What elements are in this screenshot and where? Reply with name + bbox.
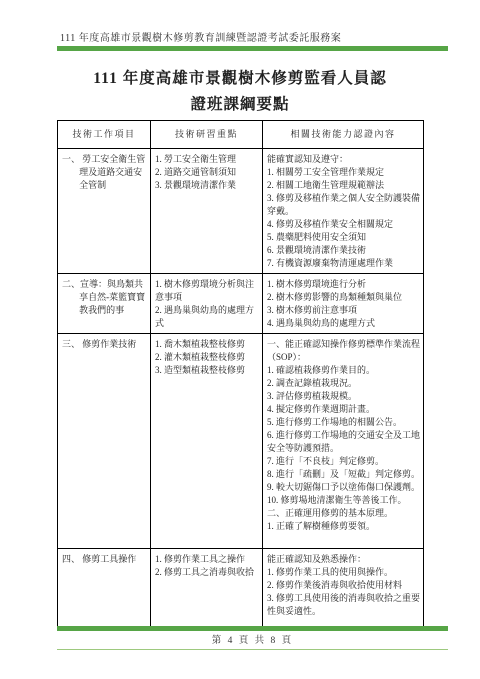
- table-row: 三、 修剪作業技術 1. 喬木類植栽整枝修剪 2. 灌木類植栽整枝修剪 3. 造…: [58, 334, 424, 549]
- header-accent-bar: [57, 46, 448, 51]
- page-title-line2: 證班課綱要點: [57, 92, 423, 118]
- column-header-certification: 相關技術能力認證內容: [263, 121, 424, 149]
- table-row: 二、宣導：與鳥類共享自然-菜籃寶寶教我們的事 1. 樹木修剪環境分析與注意事項 …: [58, 274, 424, 334]
- table-cell-certification: 能正確認知及熟悉操作： 1. 修剪作業工具的使用與操作。 2. 修剪作業後消毒與…: [263, 549, 424, 631]
- page-title-line1: 111 年度高雄市景觀樹木修剪監看人員認: [57, 66, 423, 92]
- column-header-study-focus: 技術研習重點: [151, 121, 263, 149]
- table-row: 一、 勞工安全衛生管理及道路交通安全管制 1. 勞工安全衛生管理 2. 道路交通…: [58, 149, 424, 274]
- table-row: 四、 修剪工具操作 1. 修剪作業工具之操作 2. 修剪工具之消毒與收拾 能正確…: [58, 549, 424, 631]
- table-header-row: 技術工作項目 技術研習重點 相關技術能力認證內容: [58, 121, 424, 149]
- table-cell-certification: 1. 樹木修剪環境進行分析 2. 樹木修剪影響的鳥類種類與巢位 3. 樹木修剪前…: [263, 274, 424, 334]
- page-title: 111 年度高雄市景觀樹木修剪監看人員認 證班課綱要點: [57, 66, 423, 118]
- course-outline-table: 技術工作項目 技術研習重點 相關技術能力認證內容 一、 勞工安全衛生管理及道路交…: [57, 120, 424, 631]
- footer-thin-line: [57, 649, 448, 650]
- footer-page-number: 第 4 頁 共 8 頁: [57, 632, 448, 646]
- table-cell-topics: 1. 修剪作業工具之操作 2. 修剪工具之消毒與收拾: [151, 549, 263, 631]
- table-cell-item: 三、 修剪作業技術: [58, 334, 151, 549]
- document-header-title: 111 年度高雄市景觀樹木修剪教育訓練暨認證考試委託服務案: [60, 29, 341, 44]
- document-page: 111 年度高雄市景觀樹木修剪教育訓練暨認證考試委託服務案 111 年度高雄市景…: [0, 0, 480, 679]
- table-cell-item: 二、宣導：與鳥類共享自然-菜籃寶寶教我們的事: [58, 274, 151, 334]
- table-cell-certification: 一、能正確認知操作修剪標準作業流程（SOP）： 1. 確認植栽修剪作業目的。 2…: [263, 334, 424, 549]
- table-cell-topics: 1. 喬木類植栽整枝修剪 2. 灌木類植栽整枝修剪 3. 造型類植栽整枝修剪: [151, 334, 263, 549]
- table-cell-item: 四、 修剪工具操作: [58, 549, 151, 631]
- table-cell-topics: 1. 樹木修剪環境分析與注意事項 2. 遇鳥巢與幼鳥的處理方式: [151, 274, 263, 334]
- footer-accent-bar: [57, 626, 448, 631]
- table-cell-topics: 1. 勞工安全衛生管理 2. 道路交通管制須知 3. 景觀環境清潔作業: [151, 149, 263, 274]
- column-header-work-item: 技術工作項目: [58, 121, 151, 149]
- table-cell-item: 一、 勞工安全衛生管理及道路交通安全管制: [58, 149, 151, 274]
- table-cell-certification: 能確實認知及遵守： 1. 相關勞工安全管理作業規定 2. 相關工地衛生管理規範辦…: [263, 149, 424, 274]
